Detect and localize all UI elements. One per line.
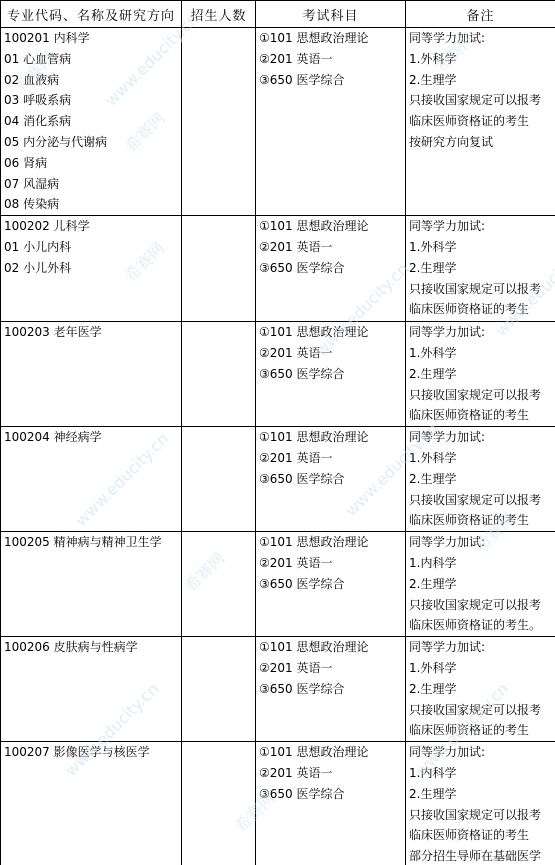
table-row: 100205 精神病与精神卫生学①101 思想政治理论②201 英语一③650 …: [1, 532, 555, 637]
note-line: 1.外科学: [409, 237, 555, 258]
table-row: 100204 神经病学①101 思想政治理论②201 英语一③650 医学综合同…: [1, 427, 555, 532]
note-line: 2.生理学: [409, 258, 555, 279]
notes-cell: 同等学力加试:1.外科学2.生理学只接收国家规定可以报考临床医师资格证的考生: [406, 216, 555, 322]
note-line: 临床医师资格证的考生: [409, 720, 555, 741]
enrollment-cell: [182, 637, 256, 742]
research-direction: 07 风湿病: [4, 174, 181, 195]
note-line: 只接收国家规定可以报考: [409, 595, 555, 616]
exam-subject: ②201 英语一: [259, 658, 405, 679]
major-name: 100205 精神病与精神卫生学: [4, 532, 181, 553]
exam-subject: ③650 医学综合: [259, 364, 405, 385]
major-cell: 100202 儿科学01 小儿内科02 小儿外科: [1, 216, 182, 322]
note-line: 2.生理学: [409, 679, 555, 700]
note-line: 1.外科学: [409, 448, 555, 469]
subjects-cell: ①101 思想政治理论②201 英语一③650 医学综合: [256, 427, 406, 532]
notes-cell: 同等学力加试:1.外科学2.生理学只接收国家规定可以报考临床医师资格证的考生: [406, 322, 555, 427]
header-subjects: 考试科目: [256, 1, 406, 28]
note-line: 只接收国家规定可以报考: [409, 90, 555, 111]
notes-cell: 同等学力加试:1.外科学2.生理学只接收国家规定可以报考临床医师资格证的考生: [406, 637, 555, 742]
exam-subject: ①101 思想政治理论: [259, 742, 405, 763]
header-notes: 备注: [406, 1, 555, 28]
exam-subject: ③650 医学综合: [259, 574, 405, 595]
header-enrollment: 招生人数: [182, 1, 256, 28]
research-direction: 02 血液病: [4, 70, 181, 91]
exam-subject: ②201 英语一: [259, 343, 405, 364]
note-line: 2.生理学: [409, 574, 555, 595]
note-line: 2.生理学: [409, 364, 555, 385]
exam-subject: ②201 英语一: [259, 49, 405, 70]
subjects-cell: ①101 思想政治理论②201 英语一③650 医学综合: [256, 216, 406, 322]
note-line: 临床医师资格证的考生。: [409, 615, 555, 636]
subjects-cell: ①101 思想政治理论②201 英语一③650 医学综合: [256, 637, 406, 742]
note-line: 同等学力加试:: [409, 427, 555, 448]
note-line: 2.生理学: [409, 469, 555, 490]
note-line: 同等学力加试:: [409, 216, 555, 237]
notes-cell: 同等学力加试:1.外科学2.生理学只接收国家规定可以报考临床医师资格证的考生按研…: [406, 28, 555, 216]
note-line: 1.内科学: [409, 553, 555, 574]
exam-subject: ③650 医学综合: [259, 70, 405, 91]
major-name: 100206 皮肤病与性病学: [4, 637, 181, 658]
note-line: 同等学力加试:: [409, 532, 555, 553]
major-name: 100203 老年医学: [4, 322, 181, 343]
major-cell: 100206 皮肤病与性病学: [1, 637, 182, 742]
table-row: 100206 皮肤病与性病学①101 思想政治理论②201 英语一③650 医学…: [1, 637, 555, 742]
notes-cell: 同等学力加试:1.内科学2.生理学只接收国家规定可以报考临床医师资格证的考生部分…: [406, 742, 555, 865]
exam-subject: ③650 医学综合: [259, 258, 405, 279]
note-line: 临床医师资格证的考生: [409, 111, 555, 132]
major-name: 100207 影像医学与核医学: [4, 742, 181, 763]
note-line: 部分招生导师在基础医学: [409, 846, 555, 865]
note-line: 临床医师资格证的考生: [409, 510, 555, 531]
enrollment-cell: [182, 532, 256, 637]
note-line: 2.生理学: [409, 784, 555, 805]
table-row: 100202 儿科学01 小儿内科02 小儿外科①101 思想政治理论②201 …: [1, 216, 555, 322]
major-name: 100201 内科学: [4, 28, 181, 49]
exam-subject: ②201 英语一: [259, 448, 405, 469]
exam-subject: ②201 英语一: [259, 763, 405, 784]
exam-subject: ③650 医学综合: [259, 469, 405, 490]
research-direction: 06 肾病: [4, 153, 181, 174]
exam-subject: ①101 思想政治理论: [259, 532, 405, 553]
research-direction: 08 传染病: [4, 194, 181, 215]
exam-subject: ②201 英语一: [259, 553, 405, 574]
note-line: 只接收国家规定可以报考: [409, 700, 555, 721]
note-line: 同等学力加试:: [409, 742, 555, 763]
enrollment-cell: [182, 427, 256, 532]
table-row: 100201 内科学01 心血管病02 血液病03 呼吸系病04 消化系病05 …: [1, 28, 555, 216]
note-line: 1.外科学: [409, 343, 555, 364]
enrollment-cell: [182, 216, 256, 322]
research-direction: 05 内分泌与代谢病: [4, 132, 181, 153]
major-cell: 100205 精神病与精神卫生学: [1, 532, 182, 637]
exam-subject: ①101 思想政治理论: [259, 28, 405, 49]
major-cell: 100203 老年医学: [1, 322, 182, 427]
research-direction: 01 心血管病: [4, 49, 181, 70]
header-row: 专业代码、名称及研究方向 招生人数 考试科目 备注: [1, 1, 555, 28]
note-line: 同等学力加试:: [409, 322, 555, 343]
note-line: 只接收国家规定可以报考: [409, 385, 555, 406]
major-name: 100202 儿科学: [4, 216, 181, 237]
major-name: 100204 神经病学: [4, 427, 181, 448]
exam-subject: ③650 医学综合: [259, 679, 405, 700]
research-direction: 04 消化系病: [4, 111, 181, 132]
exam-subject: ③650 医学综合: [259, 784, 405, 805]
notes-cell: 同等学力加试:1.内科学2.生理学只接收国家规定可以报考临床医师资格证的考生。: [406, 532, 555, 637]
note-line: 按研究方向复试: [409, 132, 555, 153]
header-major: 专业代码、名称及研究方向: [1, 1, 182, 28]
note-line: 1.外科学: [409, 658, 555, 679]
note-line: 只接收国家规定可以报考: [409, 490, 555, 511]
note-line: 临床医师资格证的考生: [409, 825, 555, 846]
note-line: 同等学力加试:: [409, 637, 555, 658]
note-line: 1.外科学: [409, 49, 555, 70]
subjects-cell: ①101 思想政治理论②201 英语一③650 医学综合: [256, 28, 406, 216]
note-line: 1.内科学: [409, 763, 555, 784]
exam-subject: ①101 思想政治理论: [259, 427, 405, 448]
major-cell: 100204 神经病学: [1, 427, 182, 532]
note-line: 只接收国家规定可以报考: [409, 279, 555, 300]
enrollment-cell: [182, 742, 256, 865]
table-row: 100207 影像医学与核医学①101 思想政治理论②201 英语一③650 医…: [1, 742, 555, 865]
note-line: 临床医师资格证的考生: [409, 405, 555, 426]
note-line: 只接收国家规定可以报考: [409, 805, 555, 826]
subjects-cell: ①101 思想政治理论②201 英语一③650 医学综合: [256, 742, 406, 865]
exam-subject: ①101 思想政治理论: [259, 216, 405, 237]
exam-subject: ①101 思想政治理论: [259, 322, 405, 343]
admissions-table: 专业代码、名称及研究方向 招生人数 考试科目 备注 100201 内科学01 心…: [0, 0, 555, 865]
table-row: 100203 老年医学①101 思想政治理论②201 英语一③650 医学综合同…: [1, 322, 555, 427]
major-cell: 100201 内科学01 心血管病02 血液病03 呼吸系病04 消化系病05 …: [1, 28, 182, 216]
major-cell: 100207 影像医学与核医学: [1, 742, 182, 865]
exam-subject: ①101 思想政治理论: [259, 637, 405, 658]
note-line: 同等学力加试:: [409, 28, 555, 49]
research-direction: 03 呼吸系病: [4, 90, 181, 111]
subjects-cell: ①101 思想政治理论②201 英语一③650 医学综合: [256, 532, 406, 637]
enrollment-cell: [182, 322, 256, 427]
research-direction: 02 小儿外科: [4, 258, 181, 279]
exam-subject: ②201 英语一: [259, 237, 405, 258]
enrollment-cell: [182, 28, 256, 216]
note-line: 临床医师资格证的考生: [409, 299, 555, 320]
research-direction: 01 小儿内科: [4, 237, 181, 258]
subjects-cell: ①101 思想政治理论②201 英语一③650 医学综合: [256, 322, 406, 427]
notes-cell: 同等学力加试:1.外科学2.生理学只接收国家规定可以报考临床医师资格证的考生: [406, 427, 555, 532]
note-line: 2.生理学: [409, 70, 555, 91]
